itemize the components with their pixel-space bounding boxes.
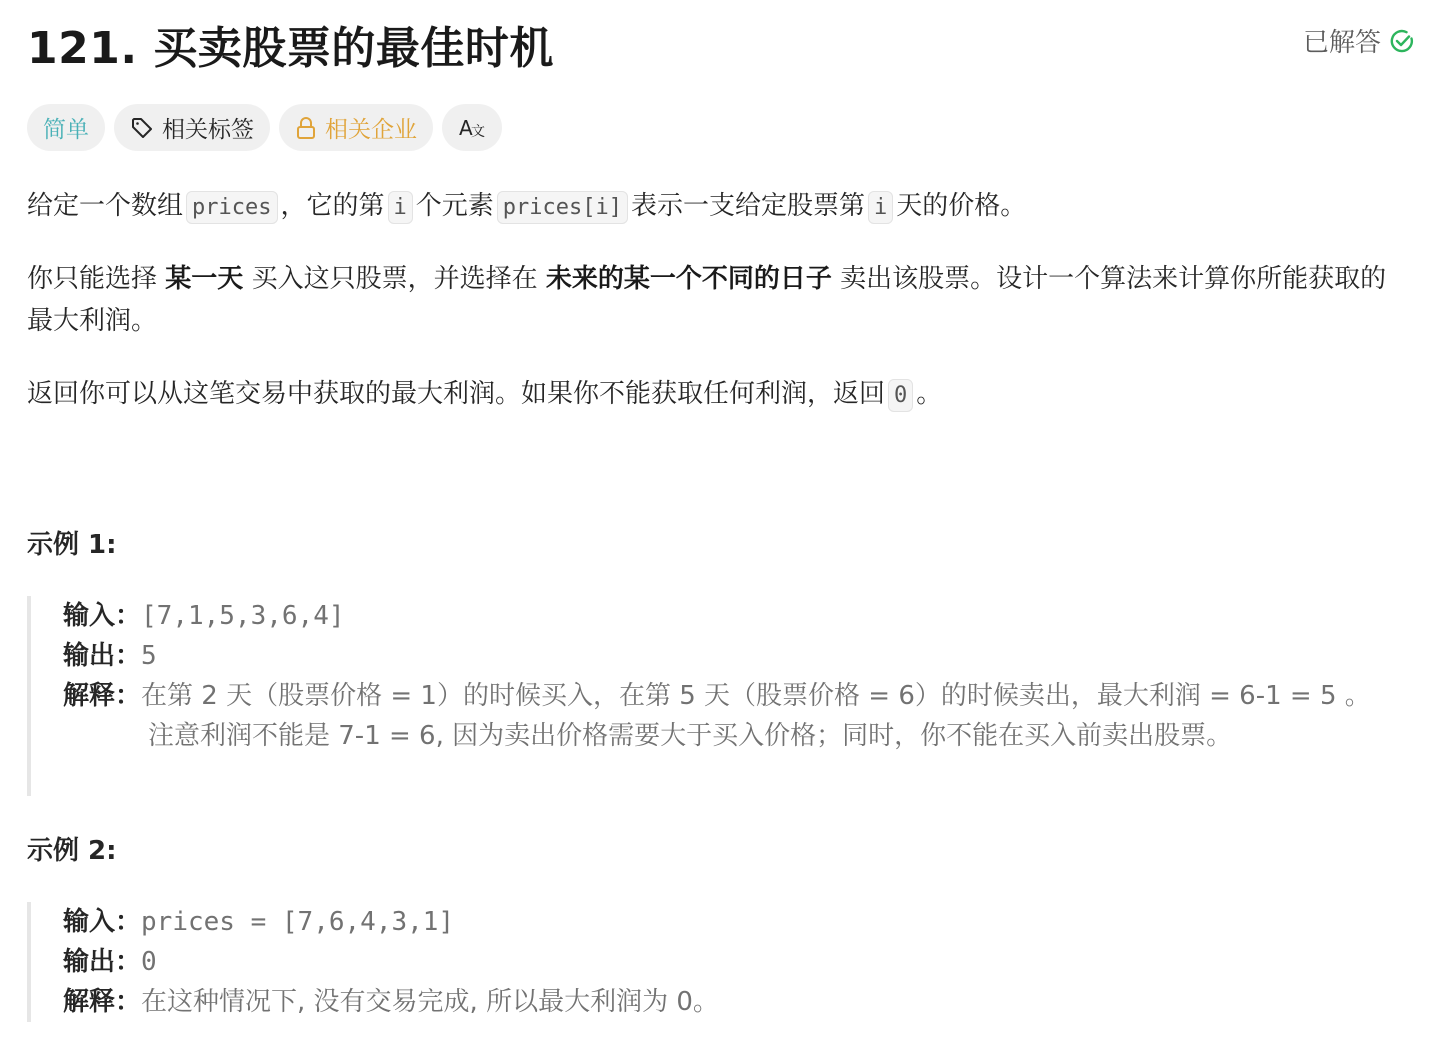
input-value: prices = [7,6,4,3,1] [141,907,454,937]
example-2-output: 输出：0 [63,942,927,982]
translate-icon: A 文 [459,116,485,140]
inline-code: prices [186,191,277,224]
output-label: 输出： [63,947,141,977]
text: 你只能选择 [27,264,157,294]
topics-tag-button[interactable]: 相关标签 [114,104,270,151]
text: ，它的第 [281,191,385,221]
description-paragraph-3: 返回你可以从这笔交易中获取的最大利润。如果你不能获取任何利润，返回0。 [27,373,942,417]
example-2-input: 输入：prices = [7,6,4,3,1] [63,902,927,942]
description-paragraph-2: 你只能选择 某一天 买入这只股票，并选择在 未来的某一个不同的日子 卖出该股票。… [27,258,1412,342]
example-2-title: 示例 2: [27,830,117,867]
example-1-block: 输入：[7,1,5,3,6,4] 输出：5 解释：在第 2 天（股票价格 = 1… [27,596,1412,796]
topics-label: 相关标签 [162,111,254,144]
solved-status: 已解答 [1303,22,1415,59]
output-label: 输出： [63,641,141,671]
translate-button[interactable]: A 文 [442,104,502,151]
example-1-input: 输入：[7,1,5,3,6,4] [63,596,1412,636]
tag-icon [130,116,154,140]
text: 给定一个数组 [27,191,183,221]
explanation-label: 解释： [63,987,141,1017]
check-circle-icon [1389,28,1415,54]
inline-code: 0 [888,379,913,412]
explanation-text: 在这种情况下, 没有交易完成, 所以最大利润为 0。 [141,987,719,1017]
input-label: 输入： [63,907,141,937]
explanation-text: 在第 2 天（股票价格 = 1）的时候买入，在第 5 天（股票价格 = 6）的时… [141,681,1371,711]
example-2-explanation: 解释：在这种情况下, 没有交易完成, 所以最大利润为 0。 [63,982,927,1022]
inline-code: i [868,191,893,224]
title-row: 121. 买卖股票的最佳时机 已解答 [27,0,1417,92]
example-1-explanation: 解释：在第 2 天（股票价格 = 1）的时候买入，在第 5 天（股票价格 = 6… [63,676,1383,716]
companies-label: 相关企业 [325,111,417,144]
text: 天的价格。 [896,191,1026,221]
example-1-output: 输出：5 [63,636,1412,676]
companies-tag-button[interactable]: 相关企业 [279,104,433,151]
text: 。 [916,379,942,409]
text: 个元素 [416,191,494,221]
difficulty-badge[interactable]: 简单 [27,104,105,151]
example-2-block: 输入：prices = [7,6,4,3,1] 输出：0 解释：在这种情况下, … [27,902,927,1022]
input-value: [7,1,5,3,6,4] [141,601,345,631]
inline-code: i [388,191,413,224]
example-1-note: 注意利润不能是 7-1 = 6, 因为卖出价格需要大于买入价格；同时，你不能在买… [63,716,1412,756]
text: 返回你可以从这笔交易中获取的最大利润。如果你不能获取任何利润，返回 [27,379,885,409]
inline-code: prices[i] [497,191,628,224]
output-value: 0 [141,947,157,977]
difficulty-label: 简单 [43,111,89,144]
text: 表示一支给定股票第 [631,191,865,221]
svg-text:文: 文 [471,124,485,140]
text: 买入这只股票，并选择在 [252,264,538,294]
problem-title: 121. 买卖股票的最佳时机 [27,12,554,76]
solved-label: 已解答 [1303,22,1381,59]
problem-page: 121. 买卖股票的最佳时机 已解答 简单 相关标签 [27,0,1417,92]
description-paragraph-1: 给定一个数组prices，它的第i个元素prices[i]表示一支给定股票第i天… [27,185,1026,229]
emphasis: 某一天 [165,264,243,294]
input-label: 输入： [63,601,141,631]
explanation-label: 解释： [63,681,141,711]
example-1-title: 示例 1: [27,524,117,561]
output-value: 5 [141,641,157,671]
tag-bar: 简单 相关标签 相关企业 A [27,104,502,151]
emphasis: 未来的某一个不同的日子 [546,264,832,294]
lock-icon [295,116,317,140]
